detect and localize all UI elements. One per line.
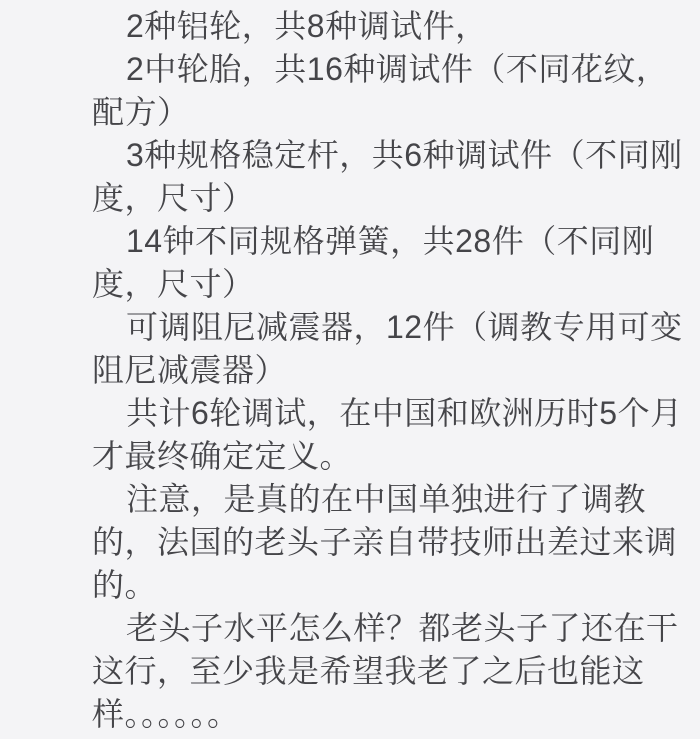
paragraph: 共计6轮调试，在中国和欧洲历时5个月 才最终确定定义。	[92, 392, 680, 478]
screenshot-root: { "colors": { "background": "#f4f4f6", "…	[0, 0, 700, 739]
text-line: 才最终确定定义。	[92, 435, 680, 478]
text-line: 样。。。。。。	[92, 693, 680, 736]
text-line: 这行，至少我是希望我老了之后也能这	[92, 650, 680, 693]
paragraph: 3种规格稳定杆，共6种调试件（不同刚 度，尺寸）	[92, 134, 680, 220]
text-line: 度，尺寸）	[92, 263, 680, 306]
text-line: 2种铝轮，共8种调试件，	[92, 5, 680, 48]
post-text-block: 2种铝轮，共8种调试件， 2中轮胎，共16种调试件（不同花纹， 配方） 3种规格…	[0, 0, 700, 739]
text-line: 2中轮胎，共16种调试件（不同花纹，	[92, 48, 680, 91]
paragraph: 注意，是真的在中国单独进行了调教 的，法国的老头子亲自带技师出差过来调 的。	[92, 478, 680, 607]
paragraph: 可调阻尼减震器，12件（调教专用可变 阻尼减震器）	[92, 306, 680, 392]
text-line: 阻尼减震器）	[92, 349, 680, 392]
text-line: 共计6轮调试，在中国和欧洲历时5个月	[92, 392, 680, 435]
paragraph: 老头子水平怎么样？都老头子了还在干 这行，至少我是希望我老了之后也能这 样。。。…	[92, 607, 680, 736]
paragraph: 2种铝轮，共8种调试件，	[92, 5, 680, 48]
paragraph: 2中轮胎，共16种调试件（不同花纹， 配方）	[92, 48, 680, 134]
text-line: 3种规格稳定杆，共6种调试件（不同刚	[92, 134, 680, 177]
text-line: 的。	[92, 564, 680, 607]
text-line: 注意，是真的在中国单独进行了调教	[92, 478, 680, 521]
text-line: 可调阻尼减震器，12件（调教专用可变	[92, 306, 680, 349]
text-line: 老头子水平怎么样？都老头子了还在干	[92, 607, 680, 650]
paragraph: 14钟不同规格弹簧，共28件（不同刚 度，尺寸）	[92, 220, 680, 306]
text-line: 14钟不同规格弹簧，共28件（不同刚	[92, 220, 680, 263]
text-line: 度，尺寸）	[92, 177, 680, 220]
text-line: 配方）	[92, 91, 680, 134]
text-line: 的，法国的老头子亲自带技师出差过来调	[92, 521, 680, 564]
